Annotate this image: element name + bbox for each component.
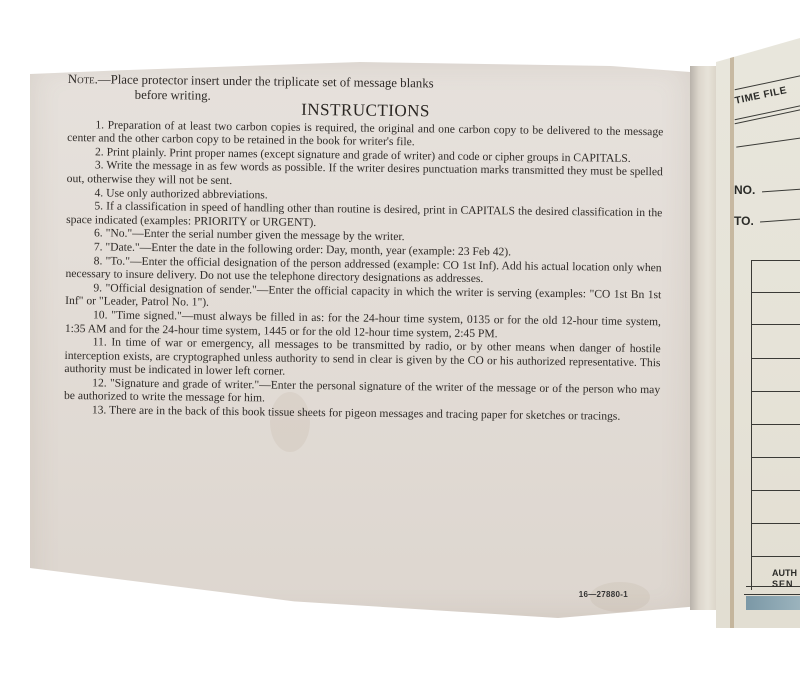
instructions-text: Note.—Place protector insert under the t…: [64, 72, 664, 424]
message-grid[interactable]: [751, 260, 800, 590]
to-field-line[interactable]: [760, 219, 800, 223]
instruction-item: 11. In time of war or emergency, all mes…: [64, 335, 660, 383]
grid-line: [752, 523, 800, 524]
form-rule: [736, 137, 800, 148]
note-label: Note.: [68, 72, 98, 86]
grid-line: [752, 324, 800, 325]
sender-label: SEN: [772, 579, 794, 589]
book-spine-gutter: [690, 66, 720, 610]
message-form-page: TIME FILE NO. TO. AUTH SEN: [716, 38, 800, 628]
blue-ink-strip: [746, 596, 800, 610]
to-field-label: TO.: [734, 214, 754, 228]
grid-line: [752, 358, 800, 359]
form-number: 16—27880-1: [579, 590, 628, 599]
grid-line: [752, 490, 800, 491]
page-crease: [730, 38, 734, 628]
grid-line: [752, 292, 800, 293]
number-field-label: NO.: [734, 183, 755, 197]
instructions-page: Note.—Place protector insert under the t…: [30, 62, 690, 618]
grid-line: [752, 424, 800, 425]
grid-line: [752, 457, 800, 458]
authority-label: AUTH: [772, 568, 797, 578]
grid-line: [752, 260, 800, 261]
grid-line: [752, 391, 800, 392]
grid-line: [752, 556, 800, 557]
number-field-line[interactable]: [762, 189, 800, 193]
